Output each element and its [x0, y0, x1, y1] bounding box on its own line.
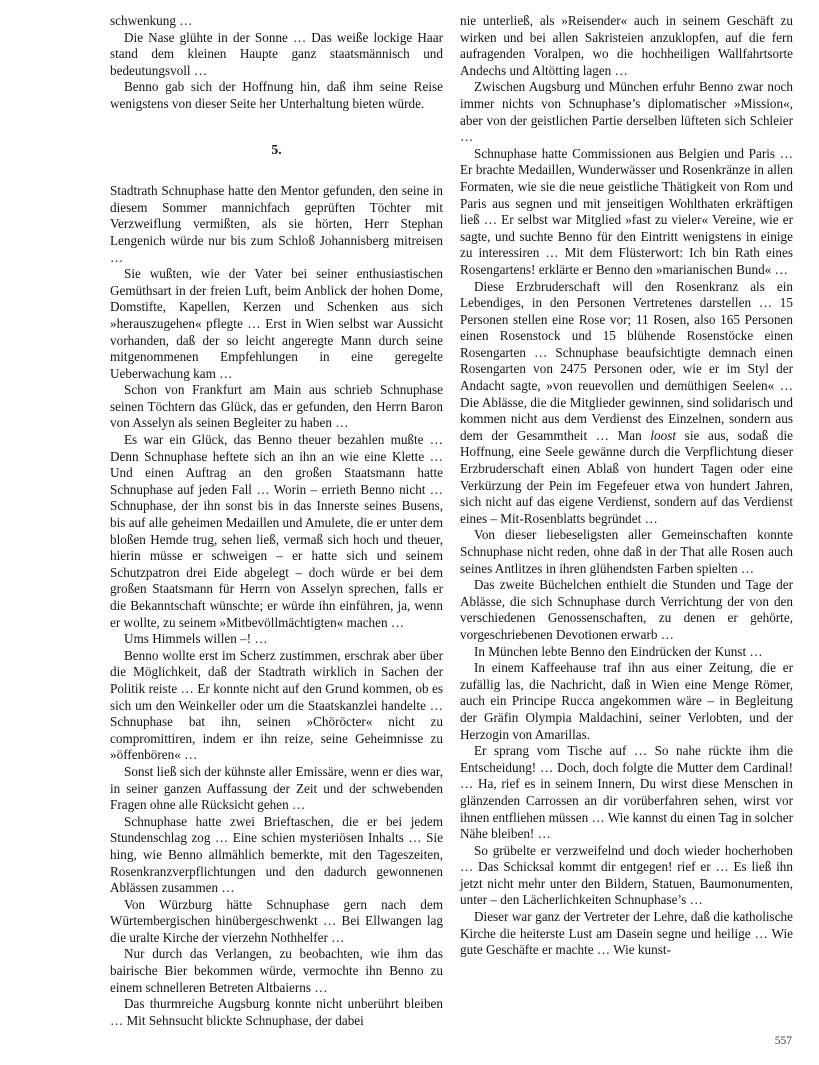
page-number: 557: [775, 1035, 792, 1047]
section-heading: 5.: [110, 113, 443, 184]
right-column: nie unterließ, als »Reisender« auch in s…: [460, 13, 793, 1029]
paragraph: Diese Erzbruderschaft will den Rosenkran…: [460, 279, 793, 528]
paragraph: Er sprang vom Tische auf … So nahe rückt…: [460, 743, 793, 843]
paragraph: Es war ein Glück, das Benno theuer bezah…: [110, 432, 443, 631]
paragraph: Sie wußten, wie der Vater bei seiner ent…: [110, 266, 443, 382]
text-segment: Diese Erzbruderschaft will den Rosenkran…: [460, 279, 793, 443]
paragraph: Das thurmreiche Augsburg konnte nicht un…: [110, 996, 443, 1029]
paragraph: nie unterließ, als »Reisender« auch in s…: [460, 13, 793, 79]
paragraph: In einem Kaffeehause traf ihn aus einer …: [460, 660, 793, 743]
paragraph: Schnuphase hatte Commissionen aus Belgie…: [460, 146, 793, 279]
paragraph: Benno wollte erst im Scherz zustimmen, e…: [110, 648, 443, 764]
paragraph: Von dieser liebeseligsten aller Gemeinsc…: [460, 527, 793, 577]
paragraph: Dieser war ganz der Vertreter der Lehre,…: [460, 909, 793, 959]
paragraph: schwenkung …: [110, 13, 443, 30]
paragraph: Die Nase glühte in der Sonne … Das weiße…: [110, 30, 443, 80]
paragraph: Schnuphase hatte zwei Brieftaschen, die …: [110, 814, 443, 897]
paragraph: Das zweite Büchelchen enthielt die Stund…: [460, 577, 793, 643]
paragraph: Schon von Frankfurt am Main aus schrieb …: [110, 382, 443, 432]
paragraph: Von Würzburg hätte Schnuphase gern nach …: [110, 897, 443, 947]
paragraph: Stadtrath Schnuphase hatte den Mentor ge…: [110, 183, 443, 266]
paragraph: Ums Himmels willen –! …: [110, 631, 443, 648]
paragraph: Nur durch das Verlangen, zu beobachten, …: [110, 946, 443, 996]
paragraph: Benno gab sich der Hoffnung hin, daß ihm…: [110, 79, 443, 112]
paragraph: Sonst ließ sich der kühnste aller Emissä…: [110, 764, 443, 814]
text-columns: schwenkung …Die Nase glühte in der Sonne…: [110, 13, 793, 1029]
left-column: schwenkung …Die Nase glühte in der Sonne…: [110, 13, 443, 1029]
italic-text: loost: [650, 428, 676, 443]
book-page: schwenkung …Die Nase glühte in der Sonne…: [0, 0, 819, 1065]
paragraph: So grübelte er verzweifelnd und doch wie…: [460, 843, 793, 909]
paragraph: Zwischen Augsburg und München erfuhr Ben…: [460, 79, 793, 145]
paragraph: In München lebte Benno den Eindrücken de…: [460, 644, 793, 661]
